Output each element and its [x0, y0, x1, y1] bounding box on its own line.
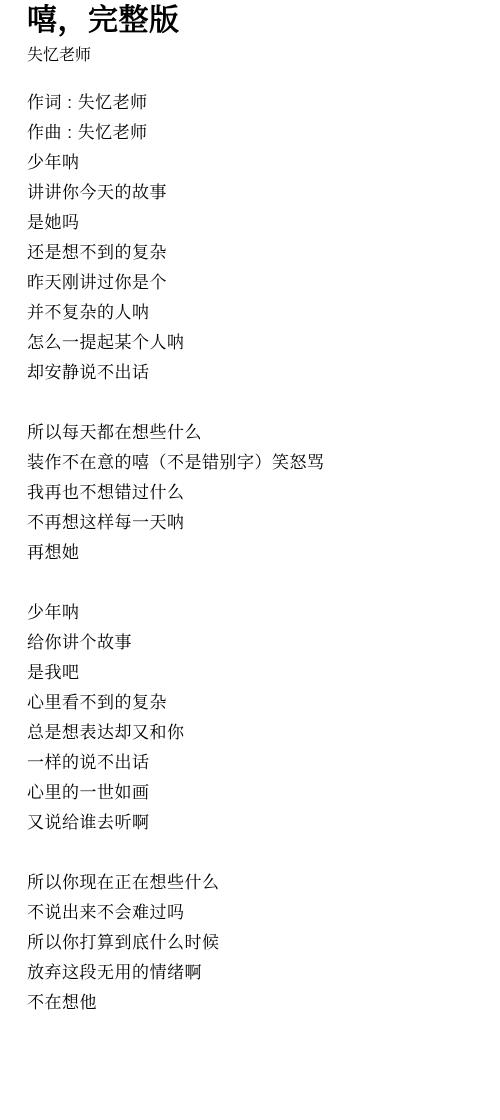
- lyric-blank-line: [27, 388, 480, 418]
- lyric-line: 不再想这样每一天呐: [27, 508, 480, 538]
- lyric-line: 给你讲个故事: [27, 628, 480, 658]
- lyric-line: 总是想表达却又和你: [27, 718, 480, 748]
- lyric-line: 少年呐: [27, 148, 480, 178]
- lyric-line: 装作不在意的嘻（不是错别字）笑怒骂: [27, 448, 480, 478]
- lyric-line: 怎么一提起某个人呐: [27, 328, 480, 358]
- lyric-line: 还是想不到的复杂: [27, 238, 480, 268]
- artist-name: 失忆老师: [27, 46, 480, 66]
- lyrics-block: 作词 : 失忆老师作曲 : 失忆老师少年呐讲讲你今天的故事是她吗还是想不到的复杂…: [27, 88, 480, 1018]
- lyric-line: 所以你现在正在想些什么: [27, 868, 480, 898]
- lyric-line: 又说给谁去听啊: [27, 808, 480, 838]
- lyric-line: 讲讲你今天的故事: [27, 178, 480, 208]
- lyric-line: 一样的说不出话: [27, 748, 480, 778]
- lyric-line: 是我吧: [27, 658, 480, 688]
- lyric-line: 昨天刚讲过你是个: [27, 268, 480, 298]
- lyric-line: 所以每天都在想些什么: [27, 418, 480, 448]
- lyric-line: 不在想他: [27, 988, 480, 1018]
- lyric-line: 作曲 : 失忆老师: [27, 118, 480, 148]
- lyric-line: 心里看不到的复杂: [27, 688, 480, 718]
- lyrics-page: 嘻，完整版 失忆老师 作词 : 失忆老师作曲 : 失忆老师少年呐讲讲你今天的故事…: [0, 0, 500, 1018]
- lyric-blank-line: [27, 838, 480, 868]
- lyric-blank-line: [27, 568, 480, 598]
- lyric-line: 少年呐: [27, 598, 480, 628]
- lyric-line: 放弃这段无用的情绪啊: [27, 958, 480, 988]
- lyric-line: 我再也不想错过什么: [27, 478, 480, 508]
- lyric-line: 是她吗: [27, 208, 480, 238]
- lyric-line: 不说出来不会难过吗: [27, 898, 480, 928]
- lyric-line: 却安静说不出话: [27, 358, 480, 388]
- lyric-line: 作词 : 失忆老师: [27, 88, 480, 118]
- lyric-line: 心里的一世如画: [27, 778, 480, 808]
- lyric-line: 所以你打算到底什么时候: [27, 928, 480, 958]
- lyric-line: 再想她: [27, 538, 480, 568]
- page-title: 嘻，完整版: [27, 3, 480, 39]
- lyric-line: 并不复杂的人呐: [27, 298, 480, 328]
